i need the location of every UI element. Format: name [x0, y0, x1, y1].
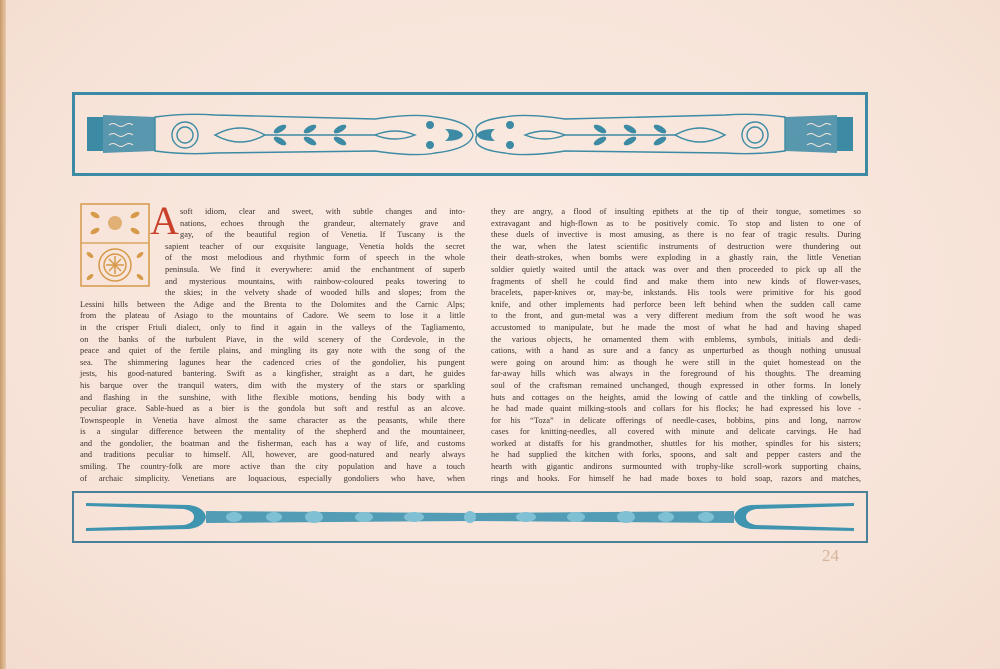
text-line: and traditions peculiar to himself. All,…: [80, 449, 465, 461]
bottom-ornamental-border: [72, 491, 868, 543]
text-line: gay, of the beautiful region of Venetia.…: [80, 229, 465, 241]
text-line: and the gondolier, the boatman and the f…: [80, 438, 465, 450]
text-line: the skies; in the velvety shade of woode…: [80, 287, 465, 299]
text-line: to the front, and gun-metal was a very d…: [491, 310, 861, 322]
text-line: fragments of shell he could find and mak…: [491, 276, 861, 288]
text-line: from the plateau of Asiago to the mounta…: [80, 310, 465, 322]
text-line: hearth with gigantic andirons surmounted…: [491, 461, 861, 473]
text-line: is a singular difference between the men…: [80, 426, 465, 438]
text-line: Lessini hills between the Adige and the …: [80, 299, 465, 311]
text-line: of archaic simplicity. Venetians are loq…: [80, 473, 465, 485]
text-line: of the most melodious and rhythmic form …: [80, 252, 465, 264]
text-line: soft idiom, clear and sweet, with subtle…: [80, 206, 465, 218]
text-line: extravagant and high-flown as to be posi…: [491, 218, 861, 230]
text-line: his barque over the tranquil waters, dim…: [80, 380, 465, 392]
text-line: soldier quietly waited until the attack …: [491, 264, 861, 276]
text-line: rings and hooks. For himself he had made…: [491, 473, 861, 485]
text-line: sapient teacher of our exquisite languag…: [80, 241, 465, 253]
text-line: the various objects, he ornamented them …: [491, 334, 861, 346]
text-column-left: soft idiom, clear and sweet, with subtle…: [80, 206, 465, 484]
text-line: cases for knitting-needles, all covered …: [491, 426, 861, 438]
text-line: bracelets, paper-knives or, may-be, inks…: [491, 287, 861, 299]
text-line: jests, his good-natured bantering. Swift…: [80, 368, 465, 380]
text-line: and mysterious mountains, with rainbow-c…: [80, 276, 465, 288]
text-line: far-away hills which was always in the f…: [491, 368, 861, 380]
text-line: their death-strokes, when bombs were exp…: [491, 252, 861, 264]
text-line: peculiar grace. Sable-hued as a bier is …: [80, 403, 465, 415]
text-line: huts and cottages on the heights, amid t…: [491, 392, 861, 404]
text-line: knife, and other implements had perforce…: [491, 299, 861, 311]
top-ornamental-border: [72, 92, 868, 176]
text-line: worked at distaffs for his grandmother, …: [491, 438, 861, 450]
text-line: and flashing in the sunshine, with lithe…: [80, 392, 465, 404]
text-line: he had supplied the kitchen with forks, …: [491, 449, 861, 461]
text-line: accustomed to manipulate, but he made th…: [491, 322, 861, 334]
text-line: were going on around him: as though he w…: [491, 357, 861, 369]
text-line: they are angry, a flood of insulting epi…: [491, 206, 861, 218]
text-line: sea. The shimmering lagunes hear the cad…: [80, 357, 465, 369]
text-line: nations, echoes through the grandeur, al…: [80, 218, 465, 230]
text-line: soul of the craftsman remained unchanged…: [491, 380, 861, 392]
text-line: the war, when the latest scientific inst…: [491, 241, 861, 253]
knife-handles-border-icon: [75, 95, 865, 173]
text-line: cations, with a hand as sure and a fancy…: [491, 345, 861, 357]
text-line: for his “Toza” in delicate offerings of …: [491, 415, 861, 427]
text-line: in the crisper Friuli dialect, only to f…: [80, 322, 465, 334]
forks-border-icon: [74, 493, 866, 541]
text-line: smiling. The country-folk are more activ…: [80, 461, 465, 473]
text-column-right: they are angry, a flood of insulting epi…: [491, 206, 861, 484]
page-number: 24: [822, 546, 839, 566]
text-line: peninsula. We find it everywhere: amid t…: [80, 264, 465, 276]
text-line: Townspeople in Venetia have almost the s…: [80, 415, 465, 427]
text-line: he had made quaint milking-stools and co…: [491, 403, 861, 415]
text-line: on the banks of the turbulent Piave, in …: [80, 334, 465, 346]
text-line: these duels of invective is most amusing…: [491, 229, 861, 241]
text-line: peace and quiet of the fertile plains, a…: [80, 345, 465, 357]
